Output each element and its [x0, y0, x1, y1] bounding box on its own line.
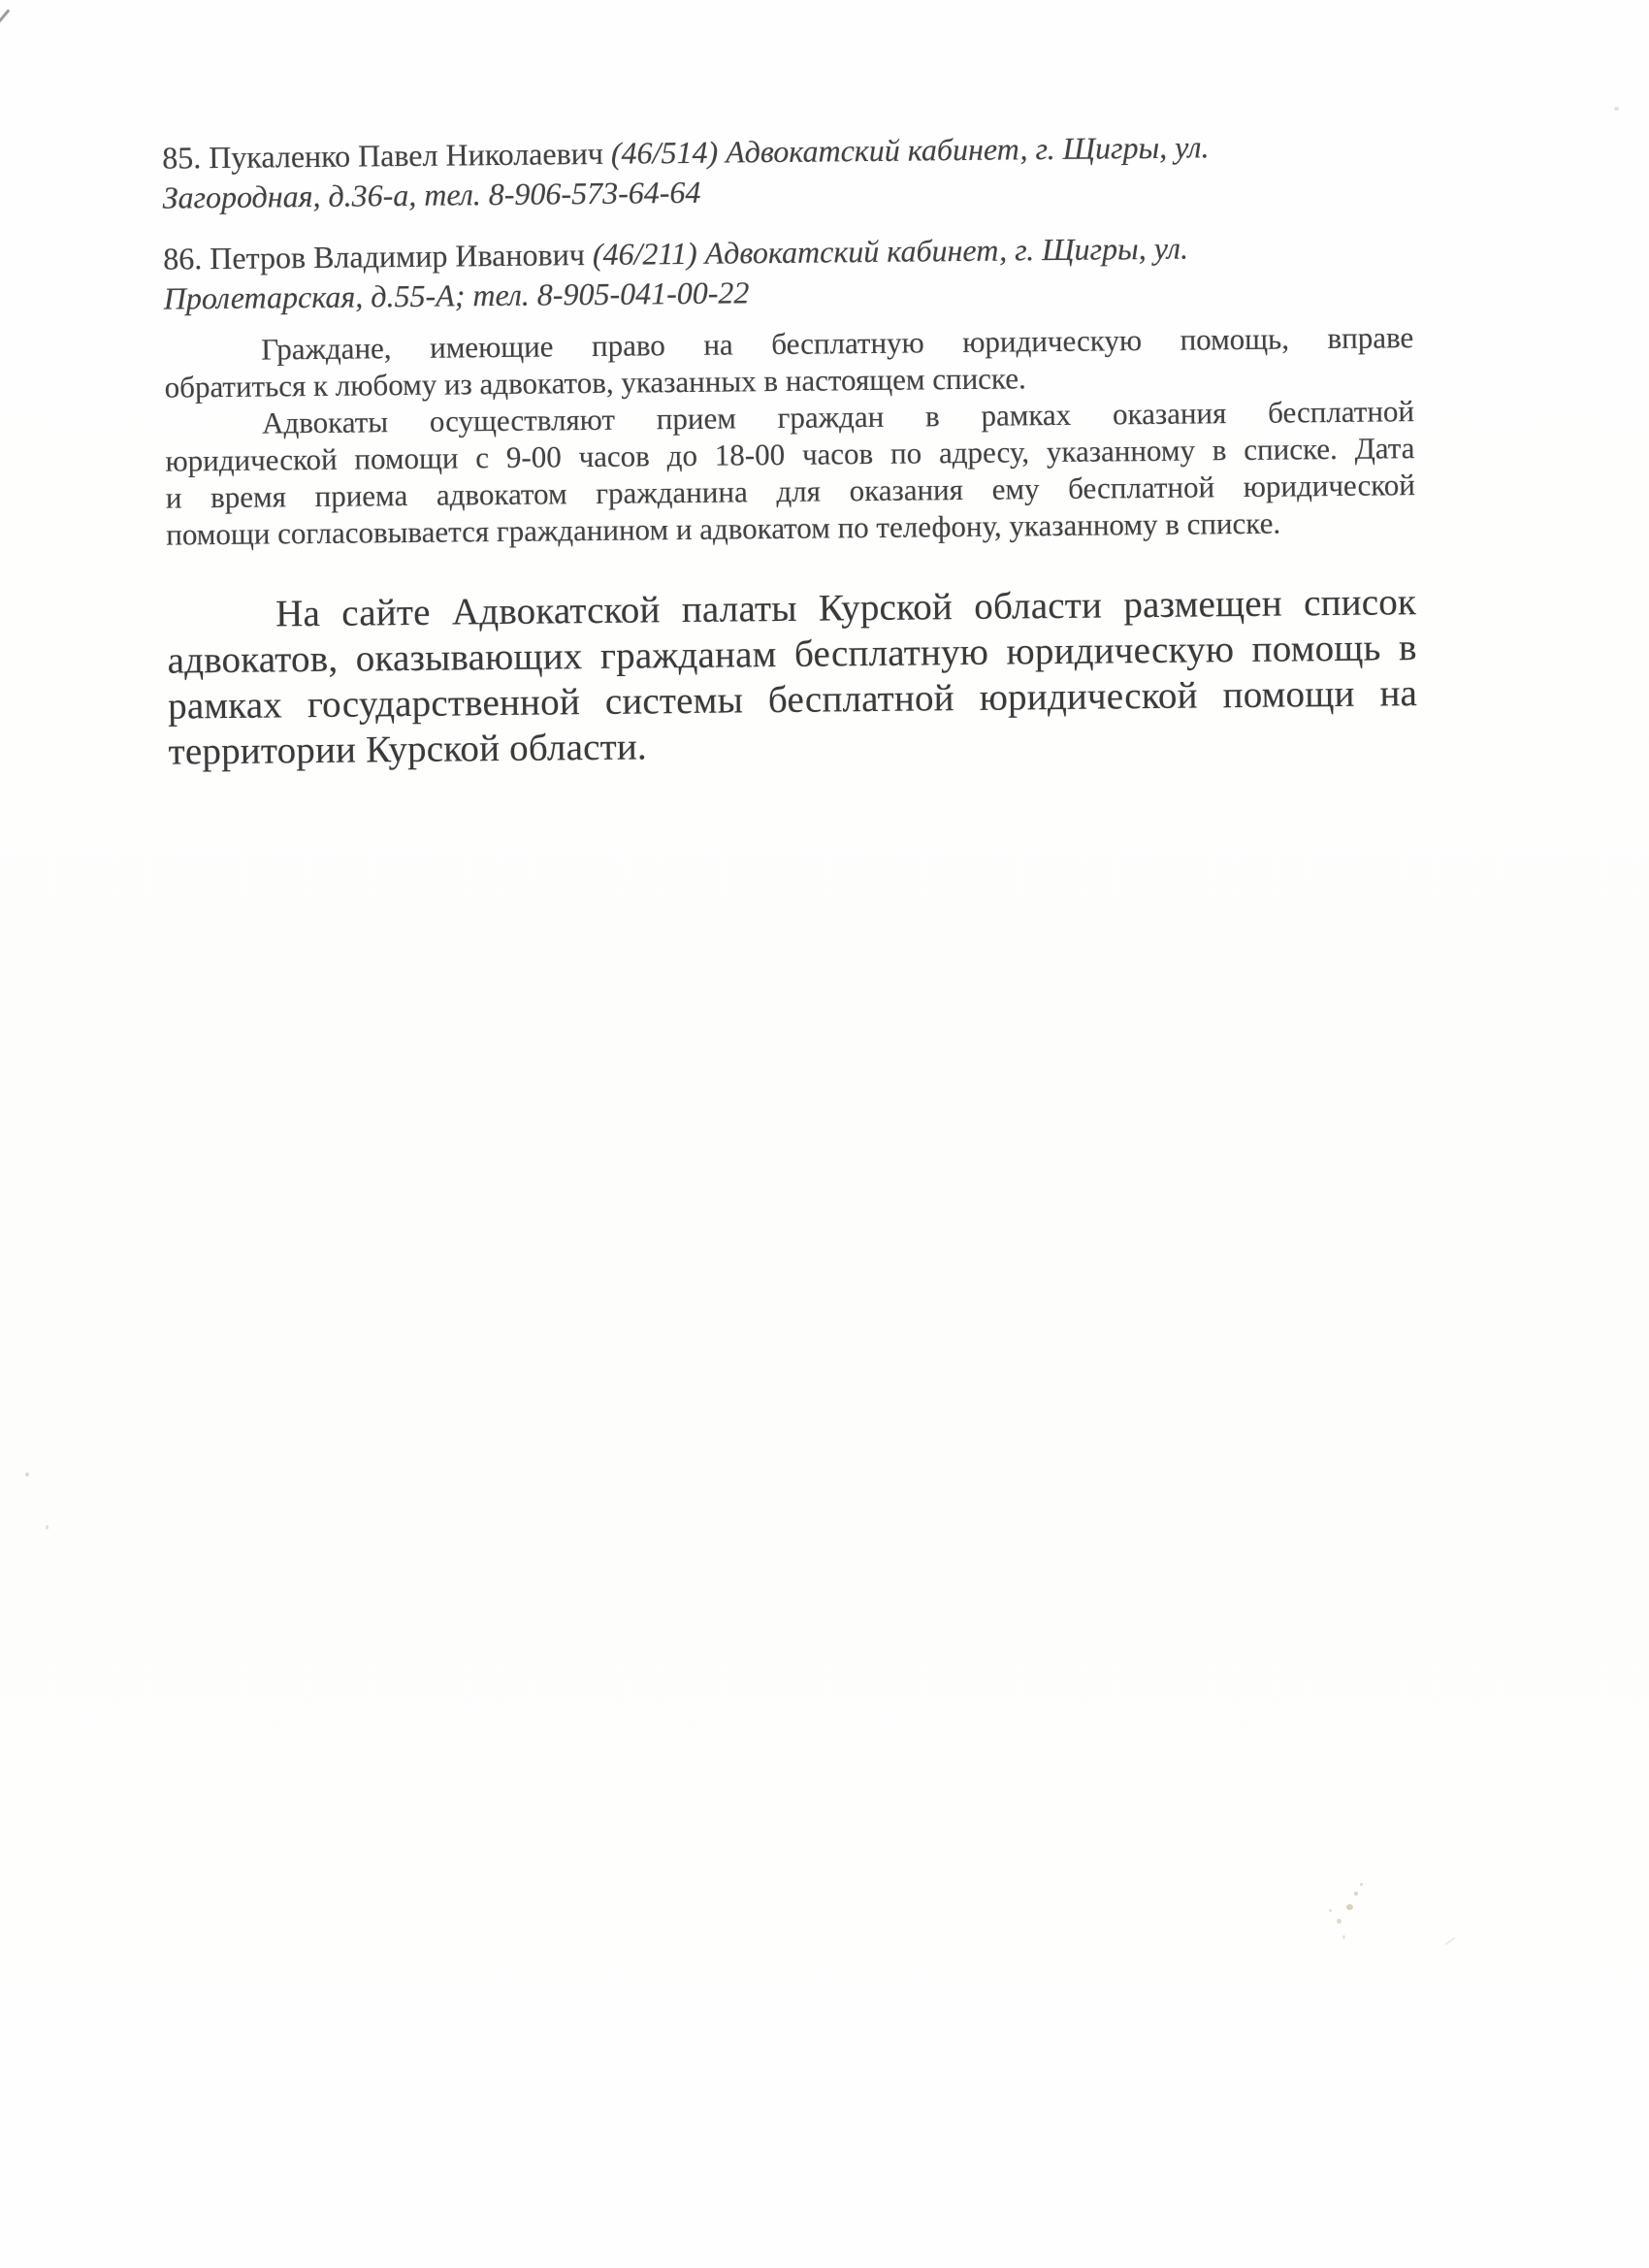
entry-85-number-and-name: 85. Пукаленко Павел Николаевич — [162, 136, 611, 176]
scan-artifact-speck — [1614, 107, 1619, 111]
entry-86-number-and-name: 86. Петров Владимир Иванович — [163, 237, 593, 276]
scan-artifact-stain — [1346, 1904, 1353, 1910]
scan-artifact-stain — [1445, 1937, 1456, 1946]
lawyer-entry-86: 86. Петров Владимир Иванович (46/211) Ад… — [163, 226, 1413, 318]
lawyer-entry-85: 85. Пукаленко Павел Николаевич (46/514) … — [162, 125, 1412, 217]
entry-85-details: (46/514) Адвокатский кабинет, г. Щигры, … — [611, 129, 1210, 170]
paragraph-reception-hours: Адвокаты осуществляют прием граждан в ра… — [165, 393, 1416, 553]
document-text-block: 85. Пукаленко Павел Николаевич (46/514) … — [162, 125, 1418, 774]
scan-artifact-stain — [1354, 1892, 1358, 1895]
scan-artifact-corner-mark — [0, 9, 10, 24]
scan-artifact-speck — [25, 1473, 29, 1476]
scan-artifact-stain — [1360, 1883, 1363, 1886]
entry-86-details: (46/211) Адвокатский кабинет, г. Щигры, … — [593, 231, 1189, 272]
paragraph-website-notice: На сайте Адвокатской палаты Курской обла… — [167, 579, 1418, 774]
scanned-document-page: 85. Пукаленко Павел Николаевич (46/514) … — [0, 0, 1649, 2268]
scan-artifact-stain — [1337, 1919, 1342, 1924]
scan-artifact-stain — [1329, 1909, 1332, 1912]
scan-artifact-speck — [46, 1525, 48, 1530]
scan-artifact-stain — [1342, 1935, 1345, 1939]
paragraph-citizens-rights: Граждане, имеющие право на бесплатную юр… — [164, 319, 1414, 405]
